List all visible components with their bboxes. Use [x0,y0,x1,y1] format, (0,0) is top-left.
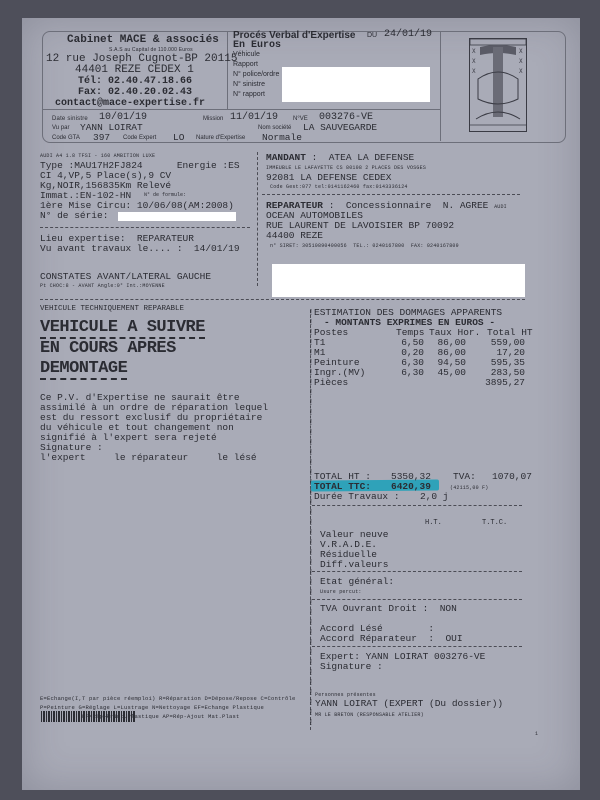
vehicle-serie-label: N° de série: [40,210,108,221]
estimation-temps: 6,30 [390,367,424,378]
reparateur-siret: n° SIRET: 30510890400056 TEL.: 024016780… [270,243,459,249]
header-divider [227,31,228,109]
cabinet-name: Cabinet MACE & associés [67,34,219,46]
presents-expert: YANN LOIRAT (EXPERT (Du dossier)) [315,698,503,709]
vu-par-value: YANN LOIRAT [80,122,143,133]
mandant-address: IMMEUBLE LE LAFAYETTE CS 80108 2 PLACES … [266,165,426,171]
accord-reparateur-value: OUI [445,633,462,644]
page-number: 1 [535,731,538,737]
svg-text:X: X [472,48,476,55]
code-gta-value: 397 [93,132,110,143]
pv-label-police: N° police/ordre [233,71,279,78]
header-divider [42,109,440,110]
pv-label-rapport: Rapport [233,61,258,68]
etat-general-label: Etat général: [320,576,394,587]
tva-droit-line: TVA Ouvrant Droit : NON [320,603,457,614]
separator [312,505,522,506]
separator [312,599,522,600]
code-expert-value: LO [173,132,184,143]
tva-label: TVA: [453,471,476,482]
status-title-line3: DEMONTAGE [40,359,127,380]
tva-droit-label: TVA Ouvrant Droit : [320,603,428,614]
estimation-poste: Pièces [314,377,348,388]
nom-societe-label: Nom société [258,125,291,131]
vehicle-model: AUDI A4 1.8 TFSI - 160 AMBITION LUXE [40,153,155,159]
tva-value: 1070,07 [492,471,532,482]
redacted-reference-block [282,67,430,102]
pv-du-label: DU [367,32,377,39]
svg-text:X: X [519,58,523,65]
vehicle-formule-label: N° de formule: [144,192,186,198]
mission-label: Mission [203,116,223,122]
legend-line: E=Echange(I,T par pièce réemploi) R=Répa… [40,695,296,702]
valeurs-col-ttc: T.T.C. [482,519,507,527]
mandant-codes: Code Gest:077 tel:0141162460 fax:0143336… [270,184,408,190]
cabinet-city: 44401 REZE CEDEX 1 [75,64,194,76]
pv-label-rapport-number: N° rapport [233,91,265,98]
mandant-line: MANDANT : ATEA LA DEFENSE [266,152,414,163]
pv-label-sinistre: N° sinistre [233,81,265,88]
valeurs-col-ht: H.T. [425,519,442,527]
reparateur-city: 44400 REZE [266,230,323,241]
mission-date: 11/01/19 [230,112,278,123]
accord-reparateur-label: Accord Réparateur : [320,633,434,644]
estimation-total: 3895,27 [477,377,525,388]
code-expert-label: Code Expert [123,135,156,141]
code-gta-label: Code GTA [52,135,80,141]
etat-general-detail: Usure percut: [320,589,362,595]
constates-detail: Pt CHOC:8 - AVANT Angle:0° Int.:MOYENNE [40,283,165,289]
nom-societe-value: LA SAUVEGARDE [303,122,377,133]
separator [262,194,520,195]
reparable-status: VEHICULE TECHNIQUEMENT REPARABLE [40,305,184,313]
pv-label-vehicule: Véhicule [233,51,260,58]
header-divider [440,31,441,141]
duree-label: Durée Travaux : [314,491,400,502]
status-title-line1: VEHICULE A SUIVRE [40,318,205,339]
vu-par-label: Vu par [52,125,69,131]
nature-value: Normale [262,132,302,143]
redacted-lese-block [272,264,525,297]
svg-text:X: X [472,58,476,65]
valeur-diff: Diff.valeurs [320,559,388,570]
pv-subtitle: En Euros [233,40,281,51]
cabinet-fax: Fax: 02.40.20.02.43 [78,87,192,98]
duree-value: 2,0 j [420,491,449,502]
vu-avant-travaux: Vu avant travaux le.... : 14/01/19 [40,243,240,254]
separator [40,299,525,300]
cabinet-phone: Tél: 02.40.47.18.66 [78,76,192,87]
column-separator [257,152,258,286]
constates-title: CONSTATES AVANT/LATERAL GAUCHE [40,271,211,282]
legend-line: P=Peinture G=Réglage L=Lustrage N=Nettoy… [40,704,264,711]
separator [40,227,250,228]
svg-text:X: X [519,68,523,75]
accord-reparateur-line: Accord Réparateur : OUI [320,633,463,644]
redacted-vin [118,212,236,221]
car-top-view-icon: X X X X X X [470,39,526,131]
separator [312,571,522,572]
mandant-label: MANDANT [266,152,306,163]
vehicle-impact-diagram: X X X X X X [469,38,527,132]
margin-mark: ! [308,717,314,728]
total-francs: (42115,00 F) [450,485,488,491]
reparateur-type: Concessionnaire N. AGREE [346,200,489,211]
signature-parties: l'expert le réparateur le lésé [40,452,257,463]
pv-date: 24/01/19 [384,29,432,40]
cabinet-email[interactable]: contact@mace-expertise.fr [55,98,205,109]
expert-signature: Signature : [320,661,383,672]
mandant-name: ATEA LA DEFENSE [329,152,415,163]
estimation-taux: 45,00 [432,367,466,378]
separator [312,646,522,647]
presents-atelier: MR LE BRETON (RESPONSABLE ATELIER) [315,712,424,718]
barcode [41,711,136,722]
nature-label: Nature d'Expertise [196,135,245,141]
reparateur-brand: AUDI [494,204,507,210]
svg-text:X: X [472,68,476,75]
mandant-city: 92081 LA DEFENSE CEDEX [266,172,391,183]
status-title-line2: EN COURS APRES [40,339,176,358]
svg-text:X: X [519,48,523,55]
expertise-report-page: Cabinet MACE & associés S.A.S au Capital… [22,18,580,790]
tva-droit-value: NON [440,603,457,614]
